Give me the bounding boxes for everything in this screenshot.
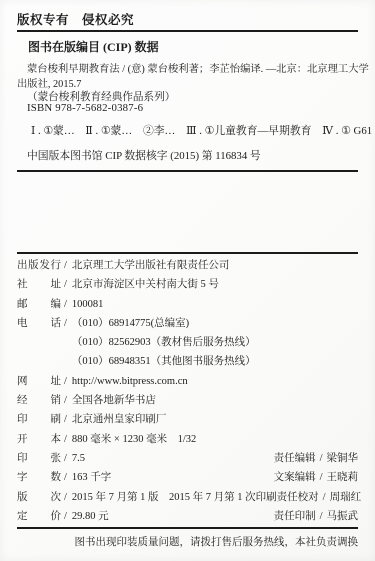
colophon-row-label: 社址 [17,276,61,291]
colophon-row-label: 网址 [17,373,61,388]
colophon-row-separator: / [64,453,67,464]
colophon-row-label: 定价 [17,508,61,523]
credit-role-label: 责任印制 [274,508,316,523]
colophon-row-separator: / [64,472,67,483]
quality-notice: 图书出现印装质量问题，请拨打售后服务热线，本社负责调换 [75,534,359,549]
colophon-row-value: （010）68914775(总编室) [72,315,189,330]
divider-rule-bottom [17,527,358,529]
colophon-row-separator: / [64,318,67,329]
colophon-row-label: 版次 [17,489,61,504]
credit-separator: / [320,511,323,522]
colophon-row-credit: 责任编辑 / 梁铜华 [274,450,358,465]
colophon-row-label: 出版发行 [17,257,61,272]
colophon-row-value: 全国各地新华书店 [72,392,156,407]
colophon-row-separator: / [64,434,67,445]
colophon: 出版发行 / 北京理工大学出版社有限责任公司 社址 / 北京市海淀区中关村南大街… [17,257,358,527]
colophon-row-value: （010）68948351（其他图书服务热线） [72,353,256,368]
colophon-row-separator: / [64,395,67,406]
colophon-row-value: 29.80 元 [72,508,109,523]
colophon-row-value: 7.5 [72,453,85,464]
credit-person-name: 周瑞红 [330,489,362,504]
cip-entry-line1: 蒙台梭利早期教育法 / (意) 蒙台梭利著；李芷怡编译. —北京：北京理工大学 [27,60,369,75]
colophon-row-credit: 责任校对 / 周瑞红 [277,489,361,504]
credit-person-name: 马振武 [327,508,359,523]
colophon-row: 经销 / 全国各地新华书店 [17,392,358,411]
colophon-row-credit: 文案编辑 / 王晓莉 [274,469,358,484]
colophon-row-separator: / [64,492,67,503]
credit-person-name: 梁铜华 [327,450,359,465]
colophon-row: 印张 / 7.5 责任编辑 / 梁铜华 [17,450,358,469]
cip-record-number: 中国版本图书馆 CIP 数据核字 (2015) 第 116834 号 [27,148,261,163]
colophon-row: 印刷 / 北京通州皇家印刷厂 [17,411,358,430]
colophon-row-value: 北京市海淀区中关村南大街 5 号 [72,276,219,291]
colophon-row-label: 开本 [17,431,61,446]
copyright-notice: 版权专有 侵权必究 [17,10,134,28]
colophon-row: 字数 / 163 千字 文案编辑 / 王晓莉 [17,469,358,488]
colophon-row-label: 邮编 [17,296,61,311]
cip-heading: 图书在版编目 (CIP) 数据 [28,38,159,55]
colophon-row-label: 印刷 [17,411,61,426]
colophon-row-value: 北京通州皇家印刷厂 [72,411,167,426]
cip-entry-line2: 出版社, 2015.7 [17,75,81,90]
credit-person-name: 王晓莉 [327,469,359,484]
colophon-row-separator: / [64,260,67,271]
colophon-row: 出版发行 / 北京理工大学出版社有限责任公司 [17,257,358,276]
colophon-row: / （010）68948351（其他图书服务热线） [17,353,358,372]
colophon-row-separator: / [64,279,67,290]
colophon-row-separator: / [64,376,67,387]
colophon-row-credit: 责任印制 / 马振武 [274,508,358,523]
colophon-row-separator: / [64,511,67,522]
colophon-row-value: 100081 [72,299,104,310]
credit-role-label: 责任编辑 [274,450,316,465]
divider-rule-colophon-top [17,252,358,254]
isbn-number: ISBN 978-7-5682-0387-6 [27,102,143,114]
colophon-row: / （010）82562903（教材售后服务热线） [17,334,358,353]
colophon-row: 版次 / 2015 年 7 月第 1 版 2015 年 7 月第 1 次印刷 责… [17,489,358,508]
colophon-row-label: 经销 [17,392,61,407]
colophon-row: 网址 / http://www.bitpress.com.cn [17,373,358,392]
credit-separator: / [320,472,323,483]
divider-rule-cip-bottom [17,170,358,172]
colophon-row-value: 880 毫米 × 1230 毫米 1/32 [72,431,196,446]
colophon-row-label: 字数 [17,469,61,484]
colophon-row-separator: / [64,299,67,310]
divider-rule-top [17,30,358,32]
credit-separator: / [320,453,323,464]
colophon-row: 社址 / 北京市海淀区中关村南大街 5 号 [17,276,358,295]
colophon-row-value: 北京理工大学出版社有限责任公司 [72,257,230,272]
colophon-row: 电话 / （010）68914775(总编室) [17,315,358,334]
credit-separator: / [323,492,326,503]
cip-classification: Ⅰ . ①蒙… Ⅱ . ①蒙… ②李… Ⅲ . ①儿童教育—早期教育 Ⅳ . ①… [31,123,372,138]
colophon-row-value: http://www.bitpress.com.cn [72,376,188,387]
colophon-row: 开本 / 880 毫米 × 1230 毫米 1/32 [17,431,358,450]
colophon-row-separator: / [64,414,67,425]
colophon-row: 邮编 / 100081 [17,296,358,315]
colophon-row-value: 2015 年 7 月第 1 版 2015 年 7 月第 1 次印刷 [72,489,277,504]
colophon-row-label: 印张 [17,450,61,465]
colophon-row: 定价 / 29.80 元 责任印制 / 马振武 [17,508,358,527]
credit-role-label: 责任校对 [277,489,319,504]
colophon-row-label: 电话 [17,315,61,330]
colophon-row-value: 163 千字 [72,469,111,484]
copyright-page: 版权专有 侵权必究 图书在版编目 (CIP) 数据 蒙台梭利早期教育法 / (意… [0,0,375,561]
credit-role-label: 文案编辑 [274,469,316,484]
colophon-row-value: （010）82562903（教材售后服务热线） [72,334,256,349]
